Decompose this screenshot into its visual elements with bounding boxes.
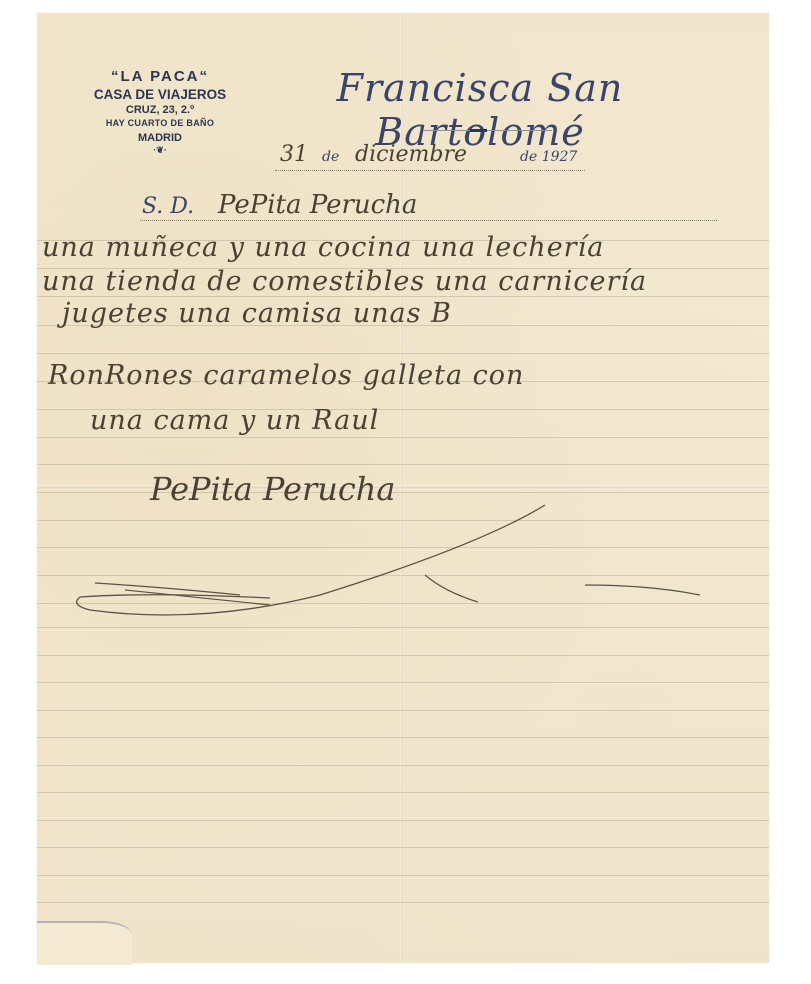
ruled-line xyxy=(37,875,769,876)
ruled-line xyxy=(37,627,769,628)
date-de-label: de xyxy=(322,149,339,165)
letterhead-business-block: “LA PACA“ CASA DE VIAJEROS CRUZ, 23, 2.º… xyxy=(60,68,260,156)
ruled-line xyxy=(37,547,769,548)
ruled-line xyxy=(37,655,769,656)
ornament-icon: ·❦· xyxy=(60,145,260,156)
ruled-line xyxy=(37,575,769,576)
ruled-line xyxy=(37,437,769,438)
ruled-line xyxy=(37,520,769,521)
ruled-line xyxy=(37,492,769,493)
body-line: una cama y un Raul xyxy=(90,405,379,436)
business-city: MADRID xyxy=(60,132,260,144)
body-line: una tienda de comestibles una carnicería xyxy=(42,266,647,297)
ruled-line xyxy=(37,464,769,465)
ruled-line xyxy=(37,682,769,683)
body-line: una muñeca y una cocina una lechería xyxy=(42,232,604,263)
business-name: “LA PACA“ xyxy=(60,68,260,85)
torn-corner xyxy=(37,921,132,965)
date-month: diciembre xyxy=(355,142,467,167)
ruled-line xyxy=(37,902,769,903)
ruled-line xyxy=(37,710,769,711)
ruled-line xyxy=(37,737,769,738)
body-line: RonRones caramelos galleta con xyxy=(48,360,524,391)
business-address: CRUZ, 23, 2.º xyxy=(60,104,260,116)
date-year: 1927 xyxy=(542,149,578,165)
salutation-prefix: S. D. xyxy=(142,194,194,219)
signature: PePita Perucha xyxy=(150,470,395,508)
date-de-year-label: de 1927 xyxy=(520,149,577,165)
business-amenity: HAY CUARTO DE BAÑO xyxy=(60,118,260,128)
ruled-line xyxy=(37,765,769,766)
ruled-line xyxy=(37,603,769,604)
body-line: jugetes una camisa unas B xyxy=(62,298,452,329)
recipient-name: PePita Perucha xyxy=(218,190,417,220)
ruled-line xyxy=(37,820,769,821)
ruled-line xyxy=(37,792,769,793)
proprietor-name: Francisca San Bartolomé xyxy=(240,66,720,154)
ruled-line xyxy=(37,847,769,848)
date-day: 31 xyxy=(280,142,308,167)
ruled-line xyxy=(37,353,769,354)
date-de-label: de xyxy=(520,149,537,165)
business-type: CASA DE VIAJEROS xyxy=(60,87,260,102)
letterhead-divider-dash xyxy=(470,129,487,132)
letterhead-divider xyxy=(423,130,552,131)
horizontal-fold-crease xyxy=(37,485,769,488)
